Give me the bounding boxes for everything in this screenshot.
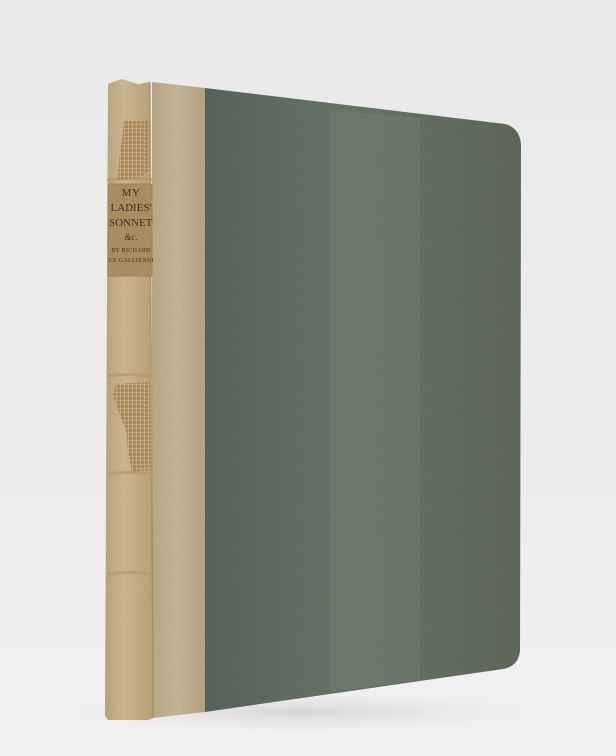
photo-scene: MY LADIES' SONNETS, &c. BY RICHARD LE GA… xyxy=(0,0,616,756)
book-illustration xyxy=(0,0,616,756)
spine-band xyxy=(107,573,152,575)
vellum-cover-strip xyxy=(152,82,205,718)
spine-band xyxy=(107,473,152,475)
spine-band xyxy=(107,375,152,377)
spine-label xyxy=(108,184,152,276)
